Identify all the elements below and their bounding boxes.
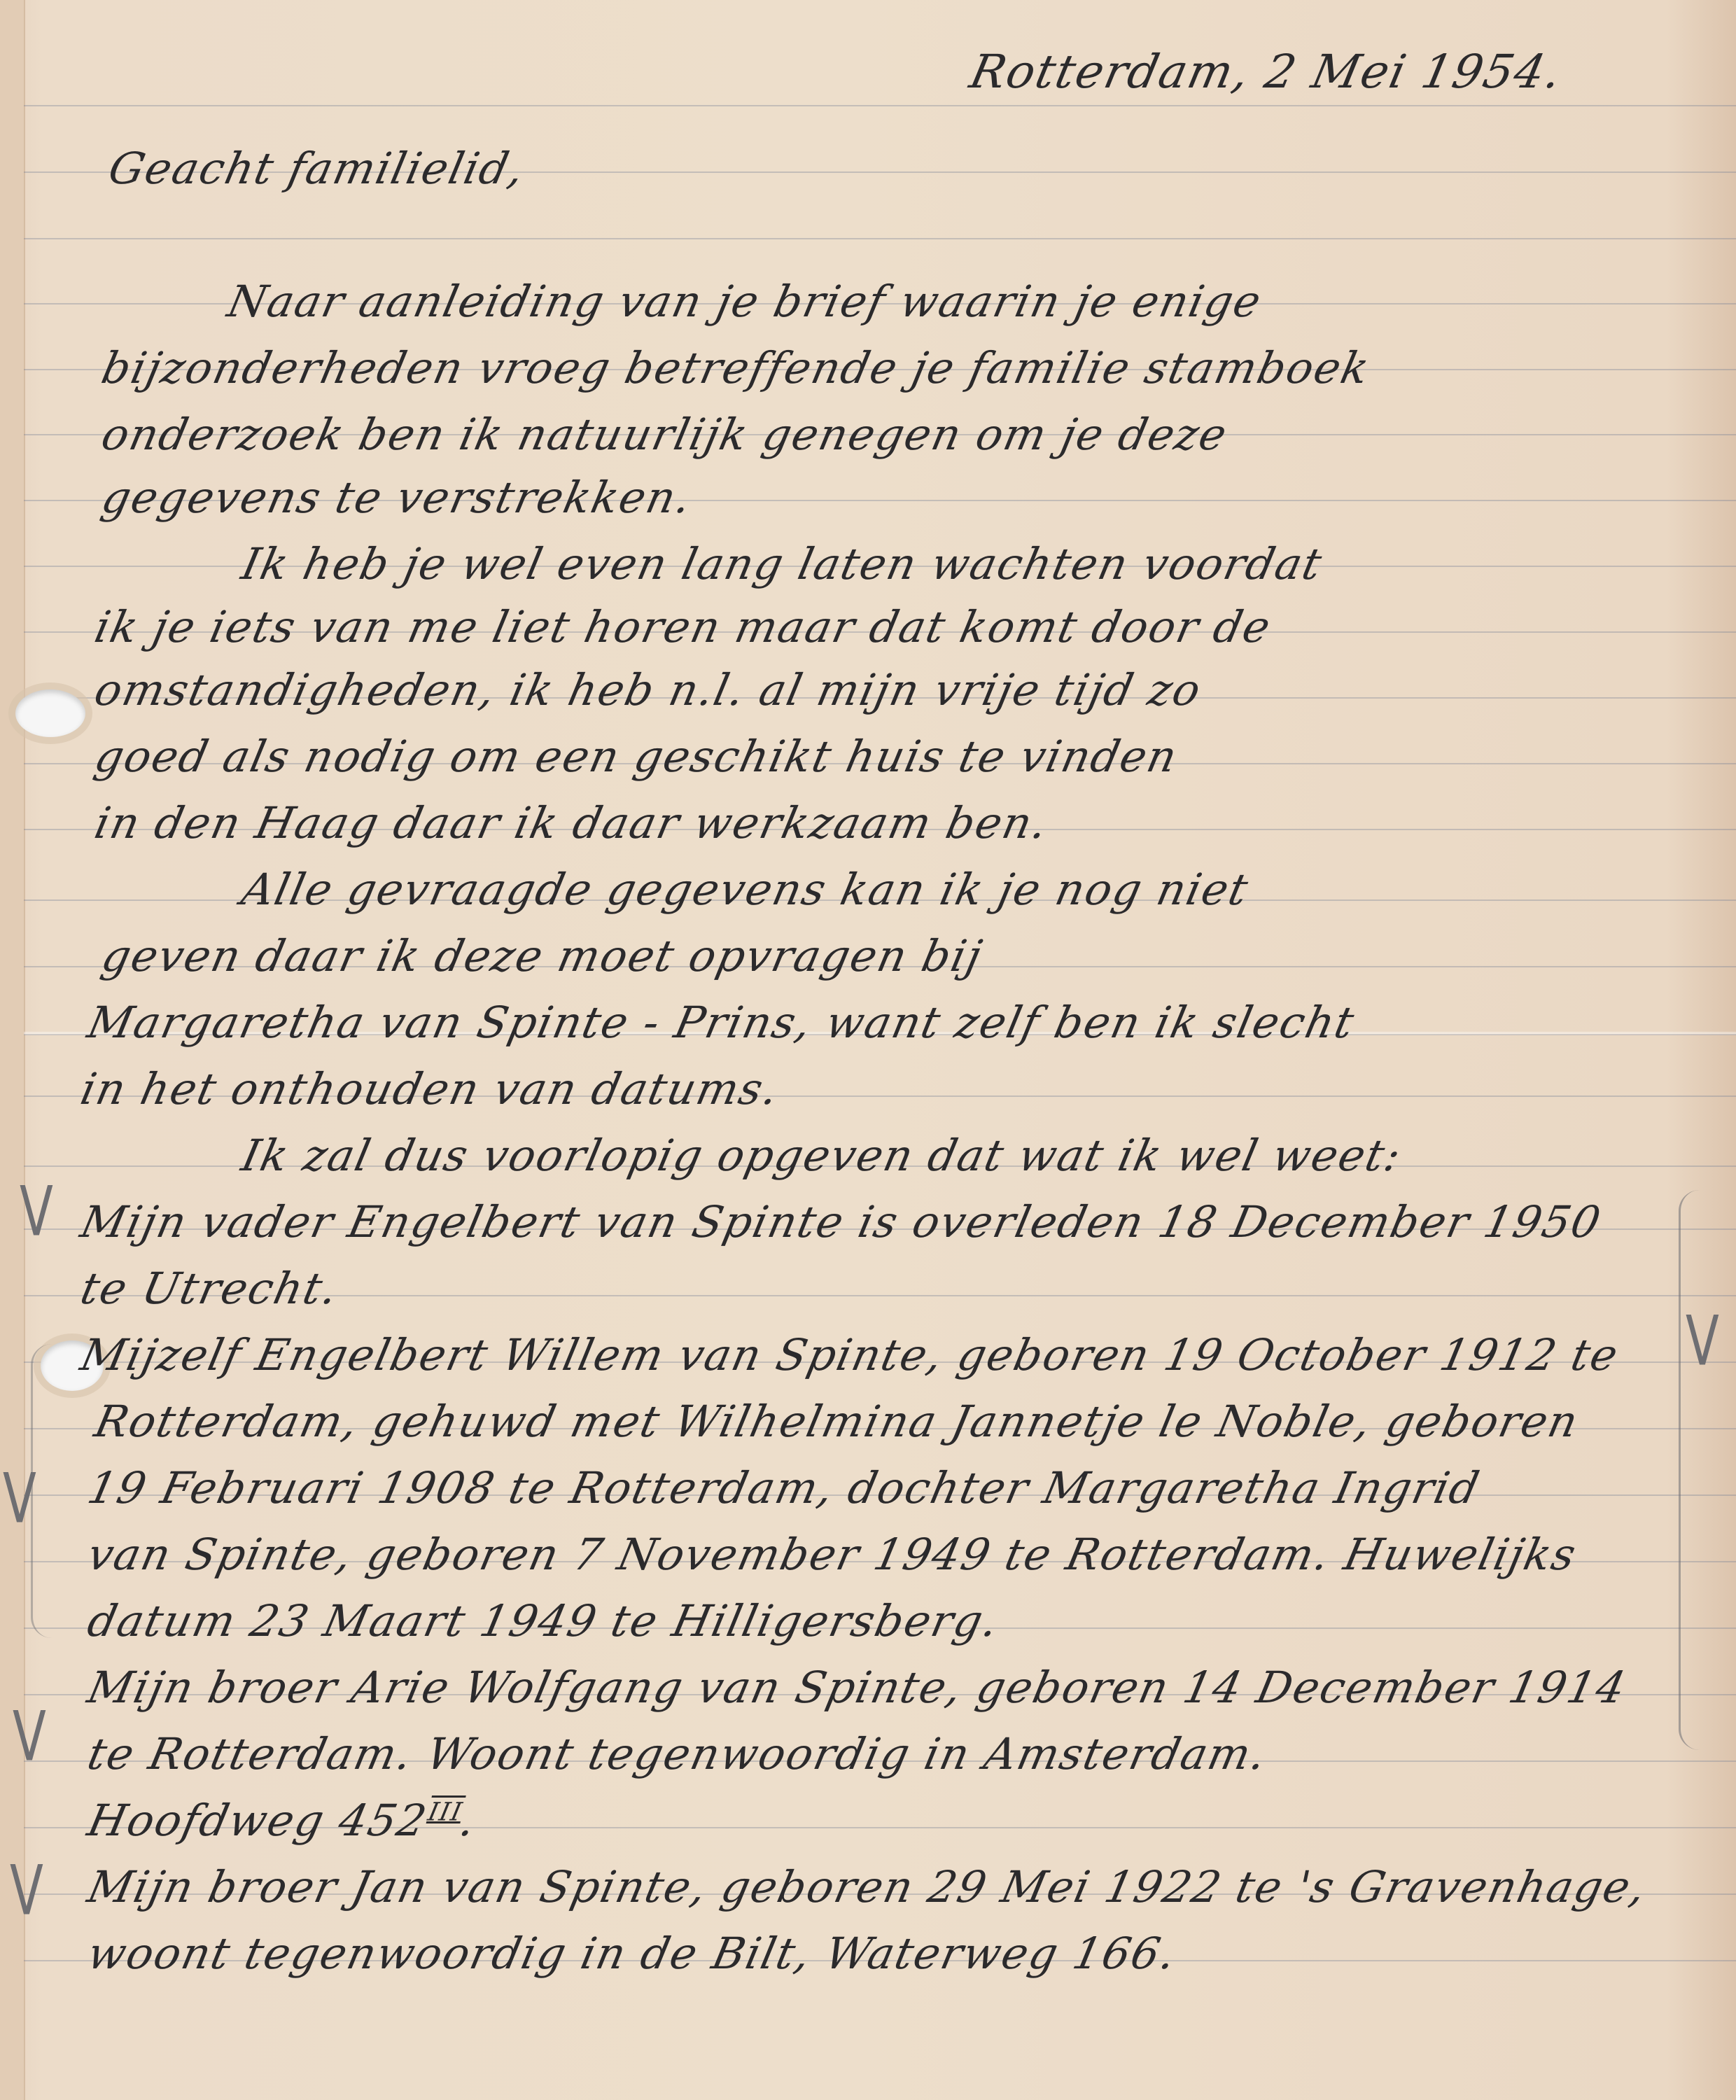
pencil-check-icon: V: [1686, 1301, 1719, 1382]
punch-hole-top: [15, 689, 85, 737]
letter-line: Margaretha van Spinte - Prins, want zelf…: [84, 1001, 1359, 1044]
paper-left-edge: [0, 0, 25, 2100]
letter-place-date: Rotterdam, 2 Mei 1954.: [966, 49, 1567, 95]
letter-line: Rotterdam, gehuwd met Wilhelmina Jannetj…: [91, 1400, 1583, 1443]
letter-line: Mijzelf Engelbert Willem van Spinte, geb…: [77, 1333, 1623, 1377]
letter-line: Mijn vader Engelbert van Spinte is overl…: [77, 1200, 1605, 1244]
letter-page: V V V V V Rotterdam, 2 Mei 1954. Geacht …: [0, 0, 1736, 2100]
letter-line: Ik zal dus voorlopig opgeven dat wat ik …: [238, 1134, 1406, 1177]
letter-line: datum 23 Maart 1949 te Hilligersberg.: [84, 1599, 1003, 1643]
pencil-check-icon: V: [20, 1172, 53, 1252]
letter-line: Mijn broer Arie Wolfgang van Spinte, geb…: [84, 1666, 1630, 1709]
address-text: Hoofdweg 452: [83, 1795, 432, 1846]
letter-line: van Spinte, geboren 7 November 1949 te R…: [84, 1533, 1581, 1576]
ruled-line: [24, 238, 1736, 239]
letter-line: woont tegenwoordig in de Bilt, Waterweg …: [84, 1932, 1181, 1975]
letter-line: geven daar ik deze moet opvragen bij: [98, 934, 986, 978]
letter-line: goed als nodig om een geschikt huis te v…: [91, 735, 1182, 778]
letter-line: onderzoek ben ik natuurlijk genegen om j…: [98, 413, 1231, 456]
letter-line: Ik heb je wel even lang laten wachten vo…: [238, 542, 1326, 586]
letter-address-line: Hoofdweg 452III.: [84, 1799, 480, 1842]
pencil-check-icon: V: [3, 1459, 36, 1539]
letter-line: in het onthouden van datums.: [77, 1067, 783, 1111]
letter-line: te Utrecht.: [77, 1267, 342, 1310]
letter-line: Mijn broer Jan van Spinte, geboren 29 Me…: [84, 1865, 1651, 1909]
letter-line: gegevens te verstrekken.: [98, 476, 696, 519]
letter-line: Naar aanleiding van je brief waarin je e…: [224, 280, 1266, 323]
pencil-check-icon: V: [13, 1697, 46, 1777]
letter-line: 19 Februari 1908 te Rotterdam, dochter M…: [84, 1466, 1484, 1510]
letter-line: omstandigheden, ik heb n.l. al mijn vrij…: [91, 668, 1205, 712]
ruled-line: [24, 105, 1736, 106]
letter-line: Alle gevraagde gegevens kan ik je nog ni…: [238, 868, 1253, 911]
letter-line: te Rotterdam. Woont tegenwoordig in Amst…: [84, 1732, 1271, 1776]
letter-line: bijzonderheden vroeg betreffende je fami…: [98, 346, 1374, 390]
pencil-bracket-right: [1679, 1190, 1709, 1750]
pencil-check-icon: V: [10, 1851, 43, 1931]
letter-salutation: Geacht familielid,: [105, 147, 529, 190]
letter-line: in den Haag daar ik daar werkzaam ben.: [91, 801, 1052, 845]
letter-line: ik je iets van me liet horen maar dat ko…: [91, 605, 1275, 649]
